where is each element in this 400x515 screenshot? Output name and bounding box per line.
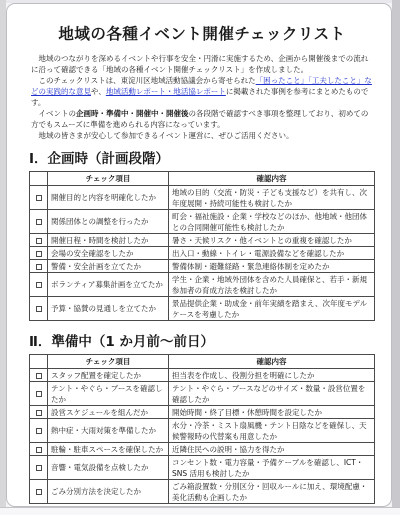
header-checkbox-column [30,355,48,369]
checkbox-cell [30,186,48,210]
intro-paragraph-4: 地域の皆さまが安心して参加できるイベント運営に、ぜひご活用ください。 [31,130,375,141]
check-content: テント・やぐら・ブースなどのサイズ・数量・設営位置を確認したか [169,382,375,406]
check-content: 担当表を作成し、役割分担を明確にしたか [169,369,375,382]
table-header-row: チェック項目 確認内容 [30,172,375,186]
table-row: 警備・安全計画を立てたか 警備体制・避難経路・緊急連絡体制を定めたか [30,260,375,273]
table-header-row: チェック項目 確認内容 [30,355,375,369]
checkbox-icon [36,465,42,471]
table-row: 駐輪・駐車スペースを確保したか 近隣住民への説明・協力を得たか [30,443,375,456]
checkbox-cell [30,247,48,260]
table-row: ボランティア募集計画を立てたか 学生・企業・地域外団体を含めた人員確保と、若手・… [30,273,375,297]
check-item: 開催日程・時間を検討したか [48,234,169,247]
checkbox-icon [36,428,42,434]
checkbox-cell [30,443,48,456]
checkbox-icon [36,373,42,379]
checkbox-icon [36,447,42,453]
checkbox-cell [30,456,48,480]
intro-paragraph-2-mid: や、 [91,87,106,96]
check-item: 駐輪・駐車スペースを確保したか [48,443,169,456]
table-row: 設営スケジュールを組んだか 開始時間・終了目標・休憩時間を設定したか [30,406,375,419]
backdrop-bottom-strip [0,507,400,515]
check-content: ごみ箱設置数・分別区分・回収ルールに加え、環境配慮・美化活動も企画したか [169,480,375,504]
check-item: テント・やぐら・ブースを確認したか [48,382,169,406]
check-content: コンセント数・電力容量・予備ケーブルを確認し、ICT・SNS 活用も検討したか [169,456,375,480]
checkbox-cell [30,480,48,504]
check-item: 関係団体との調整を行ったか [48,210,169,234]
checkbox-icon [36,238,42,244]
checkbox-cell [30,260,48,273]
header-checkbox-column [30,172,48,186]
checkbox-cell [30,234,48,247]
table-row: 熱中症・大雨対策を準備したか 水分・冷茶・ミスト扇風機・テント日陰などを確保し、… [30,419,375,443]
checklist-table-planning: チェック項目 確認内容 開催目的と内容を明確化したか 地域の目的（交流・防災・子… [29,171,375,321]
checkbox-cell [30,406,48,419]
checkbox-icon [36,306,42,312]
table-row: 予算・協賛の見通しを立てたか 景品提供企業・助成金・前年実績を踏まえ、次年度モデ… [30,297,375,321]
link-activity-reports[interactable]: 地域活動レポート・地活協レポート [106,87,226,96]
document-page: 地域の各種イベント開催チェックリスト 地域のつながりを深めるイベントや行事を安全… [6,3,392,507]
check-content: 警備体制・避難経路・緊急連絡体制を定めたか [169,260,375,273]
check-content: 開始時間・終了目標・休憩時間を設定したか [169,406,375,419]
checkbox-icon [36,410,42,416]
intro-paragraph-3: イベントの企画時・準備中・開催中・開催後の各段階で確認すべき事項を整理しており、… [31,108,375,130]
section-heading-preparation: Ⅱ．準備中（1 か月前～前日） [29,334,373,351]
check-item: 開催目的と内容を明確化したか [48,186,169,210]
header-check-item: チェック項目 [48,172,169,186]
check-content: 出入口・動線・トイレ・電源設備などを確認したか [169,247,375,260]
check-item: ボランティア募集計画を立てたか [48,273,169,297]
checkbox-icon [36,251,42,257]
check-item: 熱中症・大雨対策を準備したか [48,419,169,443]
check-content: 学生・企業・地域外団体を含めた人員確保と、若手・新規参加者の育成方法を検討したか [169,273,375,297]
section-heading-planning: Ⅰ．企画時（計画段階） [29,151,373,168]
checkbox-icon [36,391,42,397]
checkbox-icon [36,195,42,201]
backdrop-right-strip [392,0,400,507]
check-item: 設営スケジュールを組んだか [48,406,169,419]
table-row: テント・やぐら・ブースを確認したか テント・やぐら・ブースなどのサイズ・数量・設… [30,382,375,406]
checkbox-cell [30,273,48,297]
page-title: 地域の各種イベント開催チェックリスト [31,24,373,44]
checkbox-cell [30,210,48,234]
header-confirm-content: 確認内容 [169,355,375,369]
checkbox-cell [30,419,48,443]
intro-block: 地域のつながりを深めるイベントや行事を安全・円滑に実施するため、企画から開催後ま… [31,53,375,141]
checklist-table-preparation: チェック項目 確認内容 スタッフ配置を確定したか 担当表を作成し、役割分担を明確… [29,354,375,504]
table-row: ごみ分別方法を決定したか ごみ箱設置数・分別区分・回収ルールに加え、環境配慮・美… [30,480,375,504]
intro-paragraph-2-prefix: このチェックリストは、東淀川区地域活動協議会から寄せられた [31,76,256,85]
table-row: スタッフ配置を確定したか 担当表を作成し、役割分担を明確にしたか [30,369,375,382]
check-item: ごみ分別方法を決定したか [48,480,169,504]
table-row: 開催日程・時間を検討したか 暑さ・天候リスク・他イベントとの重複を確認したか [30,234,375,247]
check-item: 警備・安全計画を立てたか [48,260,169,273]
checkbox-icon [36,489,42,495]
check-content: 暑さ・天候リスク・他イベントとの重複を確認したか [169,234,375,247]
check-item: 予算・協賛の見通しを立てたか [48,297,169,321]
header-check-item: チェック項目 [48,355,169,369]
intro-paragraph-2: このチェックリストは、東淀川区地域活動協議会から寄せられた「困ったこと」「工夫し… [31,75,375,108]
checkbox-cell [30,369,48,382]
intro-paragraph-4-text: 地域の皆さまが安心して参加できるイベント運営に、ぜひご活用ください。 [31,131,294,140]
checkbox-cell [30,297,48,321]
check-item: スタッフ配置を確定したか [48,369,169,382]
check-content: 町会・福祉施設・企業・学校などのほか、他地域・他団体との合同開催可能性も検討した… [169,210,375,234]
table-row: 開催目的と内容を明確化したか 地域の目的（交流・防災・子ども支援など）を共有し、… [30,186,375,210]
checkbox-icon [36,264,42,270]
check-item: 音響・電気設備を点検したか [48,456,169,480]
checkbox-icon [36,282,42,288]
checkbox-cell [30,382,48,406]
check-content: 地域の目的（交流・防災・子ども支援など）を共有し、次年度展開・持続可能性も検討し… [169,186,375,210]
check-content: 水分・冷茶・ミスト扇風機・テント日陰などを確保し、天候警報時の代替案も用意したか [169,419,375,443]
intro-paragraph-3-prefix: イベントの [31,109,76,118]
table-row: 関係団体との調整を行ったか 町会・福祉施設・企業・学校などのほか、他地域・他団体… [30,210,375,234]
intro-paragraph-1: 地域のつながりを深めるイベントや行事を安全・円滑に実施するため、企画から開催後ま… [31,53,375,75]
header-confirm-content: 確認内容 [169,172,375,186]
table-row: 音響・電気設備を点検したか コンセント数・電力容量・予備ケーブルを確認し、ICT… [30,456,375,480]
intro-paragraph-1-text: 地域のつながりを深めるイベントや行事を安全・円滑に実施するため、企画から開催後ま… [31,54,368,74]
table-row: 会場の安全確認をしたか 出入口・動線・トイレ・電源設備などを確認したか [30,247,375,260]
check-content: 景品提供企業・助成金・前年実績を踏まえ、次年度モデルケースを考慮したか [169,297,375,321]
intro-paragraph-3-stages-bold: 企画時・準備中・開催中・開催後 [76,109,189,118]
check-content: 近隣住民への説明・協力を得たか [169,443,375,456]
checkbox-icon [36,219,42,225]
check-item: 会場の安全確認をしたか [48,247,169,260]
